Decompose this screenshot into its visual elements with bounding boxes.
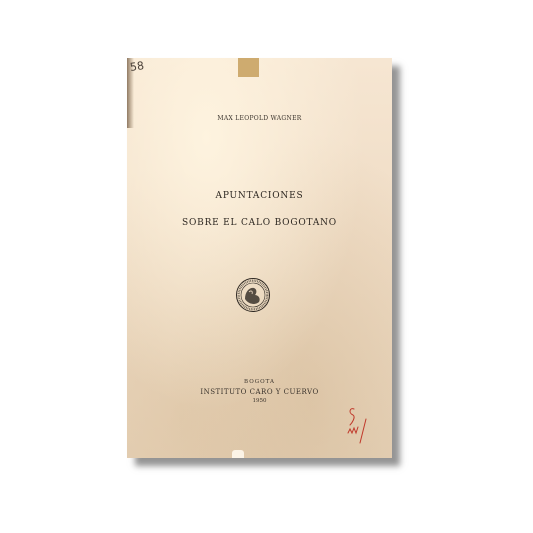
title-line-1: APUNTACIONES xyxy=(127,191,392,201)
author-name: MAX LEOPOLD WAGNER xyxy=(127,115,392,122)
torn-edge xyxy=(232,450,244,458)
handwritten-signature xyxy=(344,403,374,448)
publication-city: BOGOTA xyxy=(127,379,392,385)
tape-mark xyxy=(238,58,259,77)
handwritten-number: 58 xyxy=(129,59,145,74)
publisher-name: INSTITUTO CARO Y CUERVO xyxy=(127,388,392,396)
institutional-seal-icon xyxy=(235,277,271,313)
book-cover: 58 MAX LEOPOLD WAGNER APUNTACIONES SOBRE… xyxy=(127,58,392,458)
title-line-2: SOBRE EL CALO BOGOTANO xyxy=(127,218,392,228)
